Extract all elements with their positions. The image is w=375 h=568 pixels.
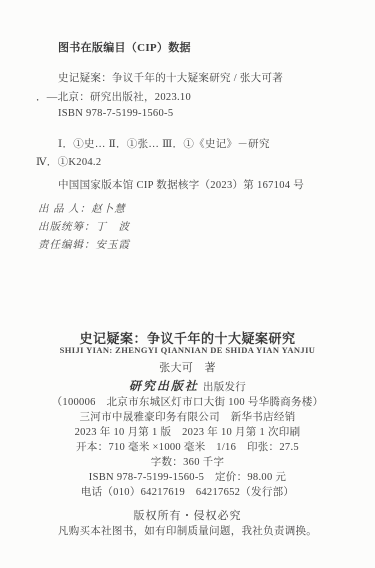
book-title-pinyin: SHIJI YIAN: ZHENGYI QIANNIAN DE SHIDA YI… [0, 345, 375, 355]
isbn-price: ISBN 978-7-5199-1560-5 定价：98.00 元 [0, 469, 375, 484]
cip-heading: 图书在版编目（CIP）数据 [58, 39, 191, 55]
publisher-logo: 研究出版社 [129, 379, 199, 393]
credit-producer: 出 品 人：赵卜慧 [38, 201, 126, 216]
credit-coordinator-label: 出版统筹： [38, 222, 96, 233]
copyright-page: 图书在版编目（CIP）数据 史记疑案：争议千年的十大疑案研究 / 张大可著 ．—… [0, 0, 375, 568]
credit-producer-value: 赵卜慧 [91, 204, 126, 215]
printer-distributor: 三河市中晟雅豪印务有限公司 新华书店经销 [0, 409, 375, 424]
credit-coordinator-value: 丁 波 [96, 222, 131, 233]
phone-numbers: 电话（010）64217619 64217652（发行部） [0, 484, 375, 499]
cip-registry-number: 中国国家版本馆 CIP 数据核字（2023）第 167104 号 [58, 177, 304, 192]
publisher-line: 研究出版社出版发行 [0, 377, 375, 394]
format-sheets: 开本：710 毫米 ×1000 毫米 1/16 印张：27.5 [0, 439, 375, 454]
credit-editor-value: 安玉霞 [96, 240, 131, 251]
edition-printing: 2023 年 10 月第 1 版 2023 年 10 月第 1 次印刷 [0, 424, 375, 439]
publisher-suffix: 出版发行 [203, 382, 246, 393]
credit-coordinator: 出版统筹：丁 波 [38, 219, 130, 234]
publisher-address: （100006 北京市东城区灯市口大街 100 号华腾商务楼） [0, 394, 375, 409]
cip-catalog-line2: ．—北京：研究出版社，2023.10 [36, 89, 191, 104]
cip-catalog-line1: 史记疑案：争议千年的十大疑案研究 / 张大可著 [58, 70, 283, 85]
credit-producer-label: 出 品 人： [38, 204, 91, 215]
word-count: 字数：360 千字 [0, 454, 375, 469]
cip-classification-line2: Ⅳ．①K204.2 [36, 154, 101, 169]
credit-editor-label: 责任编辑： [38, 240, 96, 251]
cip-isbn: ISBN 978-7-5199-1560-5 [58, 108, 173, 119]
author-line: 张大可 著 [0, 359, 375, 375]
quality-disclaimer: 凡购买本社图书，如有印制质量问题，我社负责调换。 [0, 523, 375, 538]
credit-editor: 责任编辑：安玉霞 [38, 237, 130, 252]
copyright-notice: 版权所有・侵权必究 [0, 507, 375, 523]
cip-classification-line1: Ⅰ．①史… Ⅱ．①张… Ⅲ．①《史记》－研究 [58, 136, 270, 151]
